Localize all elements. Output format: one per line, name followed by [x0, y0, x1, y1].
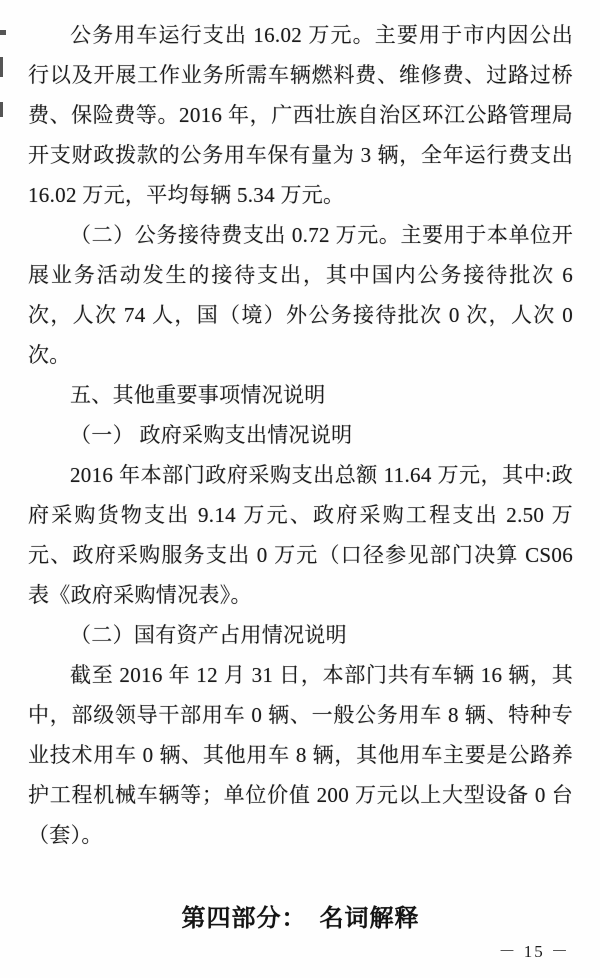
heading-other-important-matters: 五、其他重要事项情况说明 [28, 375, 573, 415]
para-state-owned-assets-details: 截至 2016 年 12 月 31 日，本部门共有车辆 16 辆，其中，部级领导… [28, 655, 573, 855]
para-official-reception-expense: （二）公务接待费支出 0.72 万元。主要用于本单位开展业务活动发生的接待支出，… [28, 215, 573, 375]
document-page: 公务用车运行支出 16.02 万元。主要用于市内因公出行以及开展工作业务所需车辆… [0, 0, 600, 978]
para-government-procurement-details: 2016 年本部门政府采购支出总额 11.64 万元，其中:政府采购货物支出 9… [28, 455, 573, 615]
scan-artifact [0, 57, 3, 77]
document-body: 公务用车运行支出 16.02 万元。主要用于市内因公出行以及开展工作业务所需车辆… [28, 15, 573, 937]
scan-artifact [0, 30, 6, 35]
para-official-vehicle-operating-expense: 公务用车运行支出 16.02 万元。主要用于市内因公出行以及开展工作业务所需车辆… [28, 15, 573, 215]
scan-artifact [0, 102, 3, 117]
page-number: － 15 － [499, 937, 571, 962]
heading-government-procurement: （一） 政府采购支出情况说明 [28, 415, 573, 455]
section-heading-part-four-glossary: 第四部分： 名词解释 [28, 901, 573, 937]
heading-state-owned-assets: （二）国有资产占用情况说明 [28, 615, 573, 655]
